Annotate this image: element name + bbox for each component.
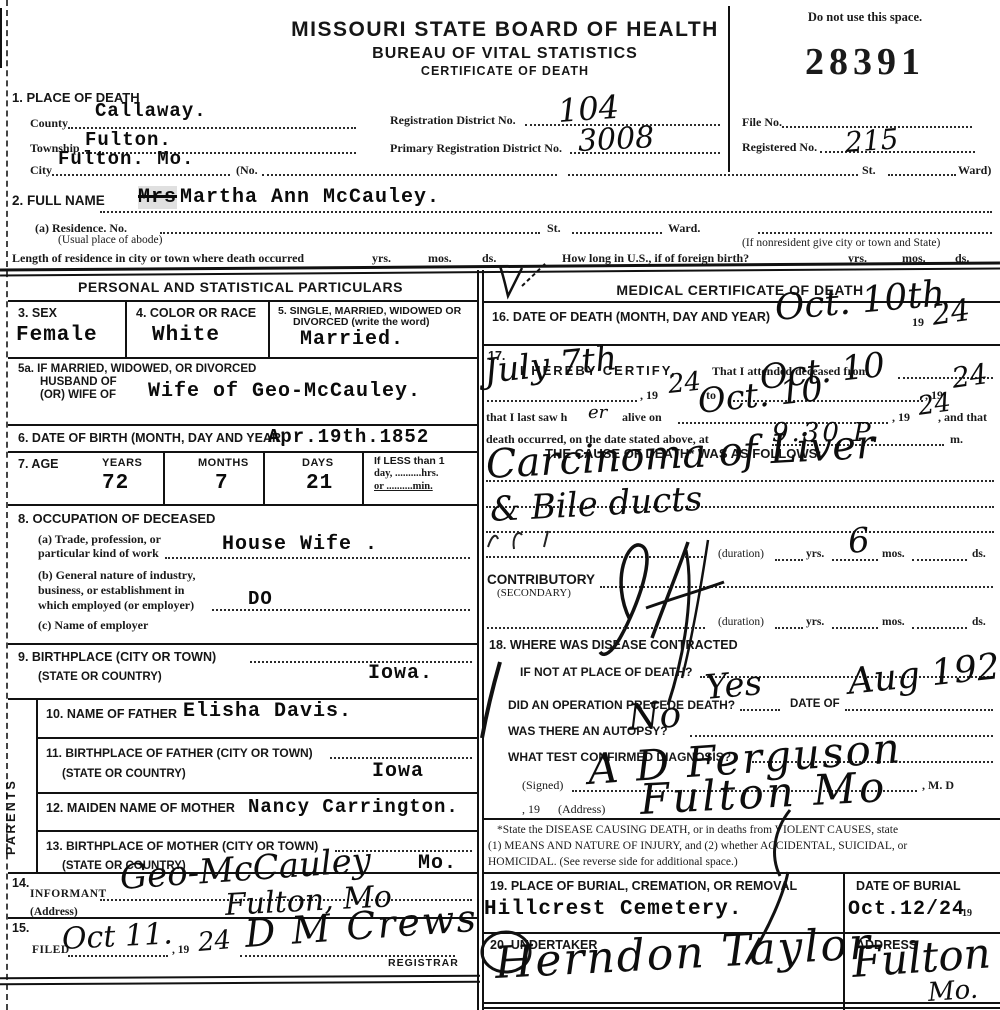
father-birthplace-value: Iowa bbox=[372, 760, 424, 783]
operation-dotted bbox=[740, 709, 780, 711]
age-years-value: 72 bbox=[102, 472, 129, 495]
spouse-value: Wife of Geo-McCauley. bbox=[148, 380, 421, 403]
length-mos: mos. bbox=[428, 251, 452, 266]
board-title: MISSOURI STATE BOARD OF HEALTH bbox=[282, 18, 728, 42]
duration2-mos: mos. bbox=[882, 616, 905, 628]
death-occurred-m: m. bbox=[950, 432, 963, 447]
left-rule-2 bbox=[8, 357, 477, 359]
birthplace-value: Iowa. bbox=[368, 662, 433, 685]
age-div-1 bbox=[163, 451, 165, 504]
mother-name-label: 12. MAIDEN NAME OF MOTHER bbox=[46, 801, 235, 815]
age-div-2 bbox=[263, 451, 265, 504]
street-st-label: St. bbox=[862, 163, 876, 178]
abode-note: (Usual place of abode) bbox=[58, 234, 162, 246]
sex-label: 3. SEX bbox=[18, 306, 57, 320]
signed-label: (Signed) bbox=[522, 778, 563, 793]
date-of-death-year-hw: 24 bbox=[930, 293, 973, 333]
duration2-label: (duration) bbox=[718, 616, 764, 628]
nonresident-note: (If nonresident give city or town and St… bbox=[742, 237, 940, 249]
duration2-dots-b bbox=[832, 627, 878, 629]
mother-name-value: Nancy Carrington. bbox=[248, 796, 459, 818]
filed-number: 15. bbox=[12, 921, 29, 935]
city-label: City bbox=[30, 163, 52, 178]
birthplace-dotted bbox=[250, 661, 472, 663]
lastsaw-text-1: that I last saw h bbox=[486, 410, 567, 425]
father-name-value: Elisha Davis. bbox=[183, 700, 352, 723]
age-days-label: DAYS bbox=[302, 457, 334, 469]
full-name-strikeout: Mrs bbox=[138, 186, 177, 209]
full-name-dotted bbox=[100, 211, 992, 213]
length-yrs: yrs. bbox=[372, 251, 391, 266]
registered-no-value: 215 bbox=[844, 122, 900, 159]
certify-dotted-b bbox=[487, 400, 637, 402]
filed-year-hw: 24 bbox=[197, 925, 233, 958]
age-label: 7. AGE bbox=[18, 457, 59, 471]
age-less-3: or ..........min. bbox=[374, 481, 433, 492]
occupation-label: 8. OCCUPATION OF DECEASED bbox=[18, 511, 215, 526]
footnote-line-2: (1) MEANS AND NATURE OF INJURY, and (2) … bbox=[488, 840, 907, 852]
street-no-dotted bbox=[262, 174, 557, 176]
occupation-c-label: (c) Name of employer bbox=[38, 618, 148, 633]
registrar-label: REGISTRAR bbox=[388, 957, 459, 969]
footnote-line-3: HOMICIDAL. (See reverse side for additio… bbox=[488, 856, 738, 868]
personal-title: PERSONAL AND STATISTICAL PARTICULARS bbox=[8, 279, 473, 295]
scan-artifact-left-corner bbox=[0, 8, 2, 68]
marital-label-2: DIVORCED (write the word) bbox=[293, 316, 430, 328]
duration2-dots-a bbox=[775, 627, 803, 629]
bottom-rule-b bbox=[482, 1007, 1000, 1009]
address-label: (Address) bbox=[558, 802, 605, 817]
father-name-label: 10. NAME OF FATHER bbox=[46, 707, 177, 721]
duration2-row-dotted bbox=[487, 627, 705, 629]
color-race-label: 4. COLOR OR RACE bbox=[136, 306, 256, 320]
duration1-value: 6 bbox=[846, 520, 871, 562]
left-rule-9 bbox=[36, 792, 477, 794]
registration-district-label: Registration District No. bbox=[390, 113, 516, 128]
certify-y19a: , 19 bbox=[640, 388, 658, 403]
do-not-use-note: Do not use this space. bbox=[740, 10, 990, 25]
birthplace-sub-label: (STATE OR COUNTRY) bbox=[38, 671, 162, 683]
left-rule-4 bbox=[8, 451, 477, 453]
left-bottom-rule-a bbox=[0, 975, 480, 980]
certificate-number-stamp: 28391 bbox=[740, 40, 990, 84]
pen-scribble-marks bbox=[484, 525, 574, 555]
age-years-label: YEARS bbox=[102, 457, 142, 469]
color-marital-divider bbox=[268, 300, 270, 357]
certify-from-value: July 7th bbox=[482, 338, 619, 392]
sex-color-divider bbox=[125, 300, 127, 357]
dob-value: Apr.19th.1852 bbox=[268, 426, 429, 448]
occupation-b-line3: which employed (or employer) bbox=[38, 598, 194, 613]
spouse-label-1: 5a. IF MARRIED, WIDOWED, OR DIVORCED bbox=[18, 363, 256, 375]
parents-vertical-label: PARENTS bbox=[4, 779, 18, 855]
street-no-label: (No. bbox=[236, 163, 258, 178]
burial-date-suffix: 19 bbox=[962, 908, 972, 919]
certify-y2-hw: 24 bbox=[950, 357, 990, 395]
father-birthplace-sub: (STATE OR COUNTRY) bbox=[62, 768, 186, 780]
age-div-3 bbox=[362, 451, 364, 504]
registered-no-label: Registered No. bbox=[742, 140, 817, 155]
filed-date-value: Oct 11. bbox=[61, 916, 173, 957]
operation-value: Yes bbox=[703, 663, 763, 708]
bottom-rule-a bbox=[482, 1002, 1000, 1004]
duration1-ds: ds. bbox=[972, 548, 986, 560]
operation-label: DID AN OPERATION PRECEDE DEATH? bbox=[508, 698, 735, 712]
primary-registration-value: 3008 bbox=[577, 120, 655, 159]
age-less-1: If LESS than 1 bbox=[374, 455, 445, 467]
pen-stroke-vertical-1 bbox=[478, 660, 508, 740]
lastsaw-hw-er: er bbox=[588, 402, 607, 423]
certificate-subtitle: CERTIFICATE OF DEATH bbox=[282, 64, 728, 78]
father-birthplace-label: 11. BIRTHPLACE OF FATHER (CITY OR TOWN) bbox=[46, 746, 313, 760]
autopsy-value: No bbox=[627, 694, 683, 739]
residence-dotted bbox=[160, 232, 540, 234]
column-divider-a bbox=[477, 270, 479, 1010]
occupation-b-line2: business, or establishment in bbox=[38, 583, 184, 598]
age-months-value: 7 bbox=[215, 472, 229, 495]
duration1-dots-a bbox=[775, 559, 803, 561]
burial-date-label: DATE OF BURIAL bbox=[856, 879, 961, 893]
age-months-label: MONTHS bbox=[198, 457, 249, 469]
operation-date-dotted bbox=[845, 709, 993, 711]
dob-label: 6. DATE OF BIRTH (MONTH, DAY AND YEAR) bbox=[18, 431, 285, 445]
lastsaw-text-3: , and that bbox=[938, 410, 987, 425]
lastsaw-y19c: , 19 bbox=[892, 410, 910, 425]
left-rule-1 bbox=[8, 300, 477, 302]
ward-dotted bbox=[888, 174, 956, 176]
informant-number: 14. bbox=[12, 876, 29, 890]
birthplace-label: 9. BIRTHPLACE (CITY OR TOWN) bbox=[18, 650, 216, 664]
occupation-a-line2: particular kind of work bbox=[38, 546, 159, 561]
header-right-divider bbox=[728, 6, 730, 172]
color-race-value: White bbox=[152, 324, 220, 347]
residence-st-dotted bbox=[572, 232, 662, 234]
sex-value: Female bbox=[16, 324, 98, 347]
duration2-yrs: yrs. bbox=[806, 616, 824, 628]
left-rule-5 bbox=[8, 504, 477, 506]
age-less-2: day, ..........hrs. bbox=[374, 468, 438, 479]
date-of-death-year-printed: 19 bbox=[912, 315, 924, 330]
length-residence-label: Length of residence in city or town wher… bbox=[12, 251, 304, 266]
occupation-a-line1: (a) Trade, profession, or bbox=[38, 532, 161, 547]
date-of-death-label: 16. DATE OF DEATH (MONTH, DAY AND YEAR) bbox=[492, 310, 770, 324]
duration1-dots-c bbox=[912, 559, 967, 561]
burial-value: Hillcrest Cemetery. bbox=[484, 898, 742, 921]
residence-ward-label: Ward. bbox=[668, 221, 700, 236]
street-dotted2 bbox=[568, 174, 858, 176]
nonresident-dotted bbox=[758, 232, 992, 234]
file-no-label: File No. bbox=[742, 115, 782, 130]
city-dotted bbox=[52, 174, 230, 176]
secondary-label: (SECONDARY) bbox=[497, 587, 571, 599]
full-name-value: Martha Ann McCauley. bbox=[180, 186, 440, 209]
md-label: , M. D bbox=[922, 778, 954, 793]
city-value: Fulton. Mo. bbox=[58, 148, 194, 170]
lastsaw-text-2: alive on bbox=[622, 410, 662, 425]
spouse-label-3: (OR) WIFE OF bbox=[40, 389, 116, 401]
left-rule-8 bbox=[36, 737, 477, 739]
occupation-b-value: DO bbox=[248, 588, 273, 610]
death-certificate-document: MISSOURI STATE BOARD OF HEALTH BUREAU OF… bbox=[0, 0, 1000, 1010]
right-rule-3 bbox=[482, 818, 1000, 820]
duration1-yrs: yrs. bbox=[806, 548, 824, 560]
father-birthplace-dotted bbox=[330, 757, 472, 759]
county-label: County bbox=[30, 116, 68, 131]
spouse-label-2: HUSBAND OF bbox=[40, 376, 117, 388]
footnote-line-1: *State the DISEASE CAUSING DEATH, or in … bbox=[497, 824, 898, 836]
occupation-a-value: House Wife . bbox=[222, 533, 378, 556]
left-rule-10 bbox=[36, 830, 477, 832]
residence-st-label: St. bbox=[547, 221, 561, 236]
full-name-label: 2. FULL NAME bbox=[12, 193, 105, 208]
duration2-dots-c bbox=[912, 627, 967, 629]
operation-date-value: Aug 1924 bbox=[846, 644, 1000, 703]
filed-year-printed: , 19 bbox=[172, 944, 189, 956]
address-19-label: , 19 bbox=[522, 802, 540, 817]
duration1-mos: mos. bbox=[882, 548, 905, 560]
occupation-b-line1: (b) General nature of industry, bbox=[38, 568, 195, 583]
county-value: Callaway. bbox=[95, 100, 207, 122]
left-rule-6 bbox=[8, 643, 477, 645]
duration2-ds: ds. bbox=[972, 616, 986, 628]
parents-band-divider bbox=[36, 698, 38, 872]
informant-label: INFORMANT bbox=[30, 888, 107, 900]
disease-contracted-label: 18. WHERE WAS DISEASE CONTRACTED bbox=[489, 638, 738, 652]
bureau-subtitle: BUREAU OF VITAL STATISTICS bbox=[282, 45, 728, 63]
operation-date-label: DATE OF bbox=[790, 698, 840, 710]
ward-label: Ward) bbox=[958, 163, 991, 178]
primary-registration-label: Primary Registration District No. bbox=[390, 141, 562, 156]
undertaker-signature: Herndon Taylor bbox=[494, 918, 874, 989]
contributory-label: CONTRIBUTORY bbox=[487, 572, 595, 587]
disease-contracted-sub: IF NOT AT PLACE OF DEATH? bbox=[520, 665, 692, 679]
age-days-value: 21 bbox=[306, 472, 333, 495]
occupation-a-dotted bbox=[165, 557, 470, 559]
left-bottom-rule-b bbox=[0, 981, 480, 986]
marital-value: Married. bbox=[300, 328, 404, 351]
